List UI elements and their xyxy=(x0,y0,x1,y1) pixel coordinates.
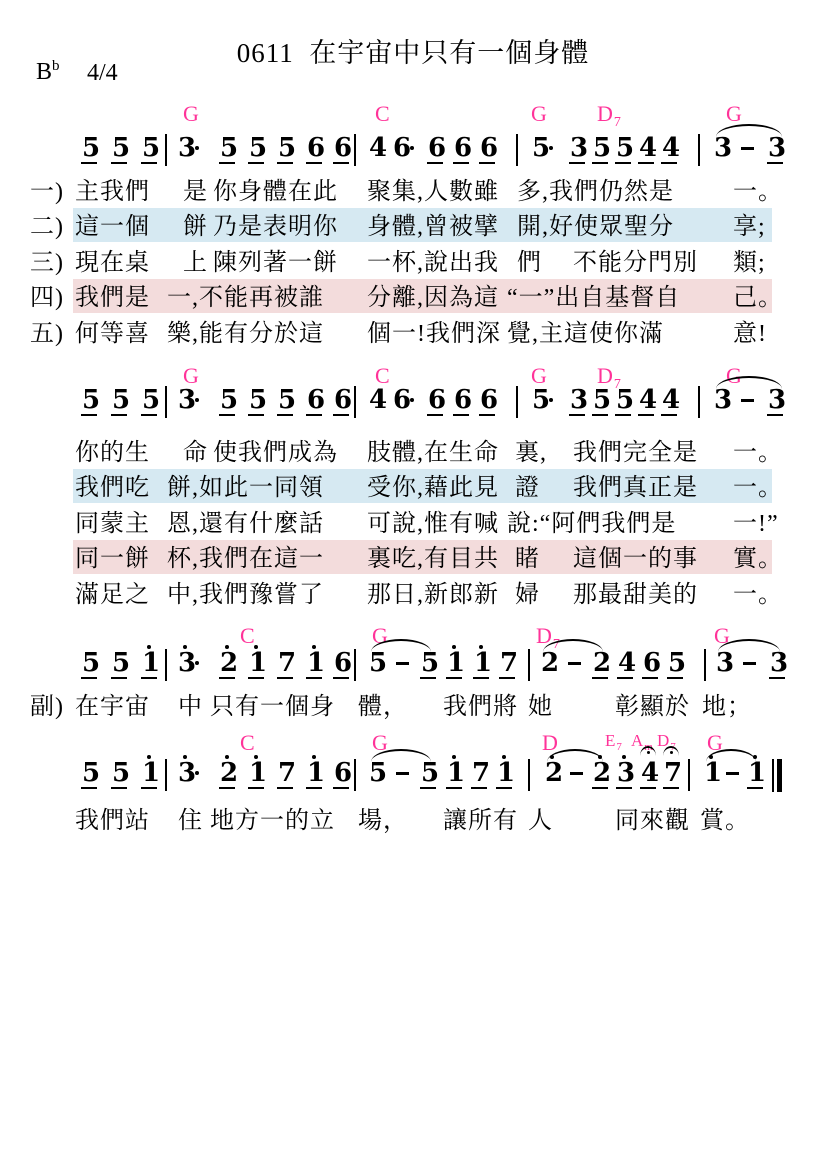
note-digit: 5 xyxy=(112,650,130,676)
measure-barline xyxy=(698,386,700,418)
lyric-segment: 開,好使眾聖分 xyxy=(517,212,674,242)
note-digit: 3 xyxy=(178,650,196,676)
note-digit: 3 xyxy=(570,135,588,161)
note-digit: 3 xyxy=(768,135,786,161)
note-digit: 5 xyxy=(616,387,634,413)
octave-dot xyxy=(312,645,316,649)
eighth-underline xyxy=(141,677,157,679)
chord-label: G xyxy=(531,365,547,387)
lyric-segment: 裏, xyxy=(515,438,547,468)
note-digit: 5 xyxy=(82,387,100,413)
note-digit: 3 xyxy=(770,650,788,676)
sustain-dash xyxy=(396,662,409,665)
lyric-segment: 同蒙主 xyxy=(75,509,150,539)
lyric-segment: 一,不能再被誰 xyxy=(167,283,324,313)
note-digit: 5 xyxy=(112,135,130,161)
note-digit: 2 xyxy=(220,760,238,786)
lyric-segment: 你的生 xyxy=(75,438,150,468)
note-digit: 3 xyxy=(714,387,732,413)
note-digit: 3 xyxy=(714,135,732,161)
lyric-segment: 聚集,人數雖 xyxy=(367,177,499,207)
note-digit: 3 xyxy=(178,760,196,786)
octave-dot xyxy=(147,645,151,649)
chord-subscript: 7 xyxy=(614,115,621,130)
eighth-underline xyxy=(427,162,443,164)
lyric-segment: 樂,能有分於這 xyxy=(167,319,324,349)
eighth-underline xyxy=(769,677,785,679)
note-digit: 7 xyxy=(664,760,682,786)
octave-dot xyxy=(183,755,187,759)
note-digit: 1 xyxy=(142,650,160,676)
note-digit: 6 xyxy=(480,135,498,161)
lyric-segment: 我們完全是 xyxy=(573,438,698,468)
lyric-segment: 杯,我們在這一 xyxy=(167,544,324,574)
note-digit: 5 xyxy=(220,135,238,161)
chord-label: D xyxy=(542,732,558,754)
eighth-underline xyxy=(642,677,658,679)
verse-label: 二) xyxy=(30,212,64,242)
note-digit: 5 xyxy=(220,387,238,413)
eighth-underline xyxy=(569,414,585,416)
note-digit: 4 xyxy=(369,387,387,413)
octave-dot xyxy=(312,755,316,759)
chord-label: C xyxy=(240,732,255,754)
lyric-segment: 說:“阿們我們是 xyxy=(507,509,676,539)
fermata-dot xyxy=(670,751,673,754)
note-digit: 1 xyxy=(497,760,515,786)
eighth-underline xyxy=(767,162,783,164)
eighth-underline xyxy=(306,787,322,789)
note-digit: 6 xyxy=(334,650,352,676)
note-digit: 7 xyxy=(278,760,296,786)
chord-label: C xyxy=(375,103,390,125)
fermata-dot xyxy=(647,751,650,754)
song-title: 0611 在宇宙中只有一個身體 xyxy=(0,31,826,70)
measure-barline xyxy=(165,649,167,681)
lyric-segment: 是 xyxy=(183,177,208,207)
verse-label: 五) xyxy=(30,319,64,349)
chord-label: E7 xyxy=(605,732,621,749)
note-digit: 2 xyxy=(593,760,611,786)
eighth-underline xyxy=(479,414,495,416)
lyric-segment: 住 xyxy=(178,806,203,836)
measure-barline xyxy=(528,649,530,681)
eighth-underline xyxy=(248,414,264,416)
eighth-underline xyxy=(111,162,127,164)
eighth-underline xyxy=(333,414,349,416)
lyric-segment: 乃是表明你 xyxy=(213,212,338,242)
lyric-segment: 在宇宙 xyxy=(75,692,150,722)
note-digit: 1 xyxy=(447,650,465,676)
note-digit: 5 xyxy=(82,650,100,676)
eighth-underline xyxy=(306,677,322,679)
chord-root: C xyxy=(375,101,390,126)
lyric-segment: 一。 xyxy=(733,177,783,207)
lyric-segment: 身體,曾被擘 xyxy=(367,212,499,242)
chord-subscript: 7 xyxy=(616,741,622,753)
eighth-underline xyxy=(219,414,235,416)
eighth-underline xyxy=(453,162,469,164)
final-barline xyxy=(777,759,782,792)
measure-barline xyxy=(354,649,356,681)
sustain-dash xyxy=(570,772,583,775)
lyric-segment: 我們吃 xyxy=(75,473,150,503)
lyric-segment: 中 xyxy=(178,692,203,722)
lyric-segment: 讓所有 xyxy=(443,806,518,836)
sustain-dash xyxy=(726,772,739,775)
lyric-segment: 那最甜美的 xyxy=(573,580,698,610)
eighth-underline xyxy=(661,414,677,416)
lyric-segment: 她 xyxy=(528,692,553,722)
note-digit: 5 xyxy=(421,650,439,676)
sheet-page: 0611 在宇宙中只有一個身體 Bb 4/4 GCGD7G55535556646… xyxy=(0,0,826,1169)
lyric-segment: 地方一的立 xyxy=(210,806,335,836)
measure-barline xyxy=(516,134,518,166)
eighth-underline xyxy=(306,414,322,416)
lyric-segment: 這個一的事 xyxy=(573,544,698,574)
octave-dot xyxy=(254,645,258,649)
chord-label: G xyxy=(183,103,199,125)
lyric-segment: 命 xyxy=(183,438,208,468)
chord-label: G xyxy=(531,103,547,125)
octave-dot xyxy=(622,755,626,759)
measure-barline xyxy=(688,759,690,791)
lyric-segment: 彰顯於 xyxy=(615,692,690,722)
note-digit: 6 xyxy=(334,760,352,786)
eighth-underline xyxy=(248,162,264,164)
lyric-segment: 一!” xyxy=(733,509,779,539)
eighth-underline xyxy=(141,787,157,789)
sustain-dash xyxy=(568,662,581,665)
measure-barline xyxy=(516,386,518,418)
octave-dot xyxy=(147,755,151,759)
note-digit: 3 xyxy=(716,650,734,676)
eighth-underline xyxy=(111,677,127,679)
note-digit: 3 xyxy=(178,135,196,161)
key-signature: Bb xyxy=(36,58,60,86)
eighth-underline xyxy=(333,162,349,164)
eighth-underline xyxy=(615,162,631,164)
eighth-underline xyxy=(420,787,436,789)
measure-barline xyxy=(354,759,356,791)
sustain-dash xyxy=(741,399,754,402)
note-digit: 2 xyxy=(220,650,238,676)
note-digit: 4 xyxy=(639,387,657,413)
note-digit: 6 xyxy=(454,387,472,413)
eighth-underline xyxy=(111,787,127,789)
lyric-segment: 覺,主這使你滿 xyxy=(507,319,664,349)
eighth-underline xyxy=(499,677,515,679)
eighth-underline xyxy=(81,787,97,789)
note-digit: 6 xyxy=(428,387,446,413)
note-digit: 7 xyxy=(278,650,296,676)
octave-dot xyxy=(225,645,229,649)
eighth-underline xyxy=(81,414,97,416)
eighth-underline xyxy=(661,162,677,164)
measure-barline xyxy=(354,386,356,418)
measure-barline xyxy=(165,759,167,791)
lyric-segment: 滿足之 xyxy=(75,580,150,610)
lyric-segment: 多,我們仍然是 xyxy=(517,177,674,207)
time-signature: 4/4 xyxy=(87,60,118,87)
octave-dot xyxy=(502,755,506,759)
eighth-underline xyxy=(638,414,654,416)
sustain-dash xyxy=(743,662,756,665)
lyric-segment: 一。 xyxy=(733,438,783,468)
eighth-underline xyxy=(248,787,264,789)
measure-barline xyxy=(698,134,700,166)
eighth-underline xyxy=(747,787,763,789)
eighth-underline xyxy=(446,787,462,789)
note-digit: 5 xyxy=(369,760,387,786)
note-digit: 5 xyxy=(112,387,130,413)
eighth-underline xyxy=(333,677,349,679)
chord-label: C xyxy=(240,625,255,647)
lyric-segment: 個一!我們深 xyxy=(367,319,501,349)
note-digit: 5 xyxy=(668,650,686,676)
lyric-segment: 餅 xyxy=(183,212,208,242)
note-digit: 2 xyxy=(545,760,563,786)
chord-root: G xyxy=(531,101,547,126)
note-digit: 1 xyxy=(249,760,267,786)
note-digit: 6 xyxy=(307,135,325,161)
lyric-segment: 同來觀 xyxy=(615,806,690,836)
lyric-segment: 證 xyxy=(515,473,540,503)
verse-label: 一) xyxy=(30,177,64,207)
eighth-underline xyxy=(306,162,322,164)
eighth-underline xyxy=(638,162,654,164)
chord-label: C xyxy=(375,365,390,387)
lyric-segment: 使我們成為 xyxy=(213,438,338,468)
eighth-underline xyxy=(592,162,608,164)
note-digit: 1 xyxy=(249,650,267,676)
octave-dot xyxy=(479,645,483,649)
eighth-underline xyxy=(663,787,679,789)
eighth-underline xyxy=(615,414,631,416)
duration-dot xyxy=(195,398,199,402)
eighth-underline xyxy=(277,414,293,416)
lyric-segment: 意! xyxy=(733,319,767,349)
note-digit: 4 xyxy=(662,387,680,413)
duration-dot xyxy=(549,146,553,150)
lyric-segment: 你身體在此 xyxy=(213,177,338,207)
note-digit: 1 xyxy=(748,760,766,786)
note-digit: 3 xyxy=(178,387,196,413)
octave-dot xyxy=(225,755,229,759)
verse-label: 副) xyxy=(30,692,64,722)
lyric-segment: 肢體,在生命 xyxy=(367,438,499,468)
note-digit: 5 xyxy=(369,650,387,676)
eighth-underline xyxy=(248,677,264,679)
lyric-segment: 中,我們豫嘗了 xyxy=(167,580,324,610)
eighth-underline xyxy=(446,677,462,679)
note-digit: 5 xyxy=(532,135,550,161)
chord-root: D xyxy=(597,101,613,126)
lyric-segment: 體， xyxy=(358,692,408,722)
note-digit: 4 xyxy=(369,135,387,161)
eighth-underline xyxy=(640,787,656,789)
note-digit: 5 xyxy=(142,387,160,413)
note-digit: 5 xyxy=(142,135,160,161)
lyric-segment: 場， xyxy=(358,806,408,836)
flat-accidental-icon: b xyxy=(52,58,60,74)
octave-dot xyxy=(452,755,456,759)
note-digit: 6 xyxy=(428,135,446,161)
eighth-underline xyxy=(141,414,157,416)
lyric-segment: 我們站 xyxy=(75,806,150,836)
duration-dot xyxy=(410,146,414,150)
lyric-segment: 主我們 xyxy=(75,177,150,207)
eighth-underline xyxy=(81,162,97,164)
eighth-underline xyxy=(277,787,293,789)
note-digit: 5 xyxy=(82,135,100,161)
duration-dot xyxy=(195,661,199,665)
note-digit: 6 xyxy=(643,650,661,676)
note-digit: 5 xyxy=(278,135,296,161)
note-digit: 1 xyxy=(447,760,465,786)
lyric-segment: 我們將 xyxy=(443,692,518,722)
note-digit: 6 xyxy=(480,387,498,413)
note-digit: 1 xyxy=(142,760,160,786)
lyric-segment: 不能分門別 xyxy=(573,248,698,278)
duration-dot xyxy=(549,398,553,402)
eighth-underline xyxy=(767,414,783,416)
lyric-segment: 這一個 xyxy=(75,212,150,242)
eighth-underline xyxy=(592,787,608,789)
eighth-underline xyxy=(427,414,443,416)
lyric-segment: 享; xyxy=(733,212,766,242)
chord-root: A xyxy=(631,731,643,750)
lyric-segment: 何等喜 xyxy=(75,319,150,349)
lyric-segment: 上 xyxy=(183,248,208,278)
lyric-segment: 睹 xyxy=(515,544,540,574)
note-digit: 4 xyxy=(639,135,657,161)
duration-dot xyxy=(195,771,199,775)
note-digit: 2 xyxy=(541,650,559,676)
note-digit: 5 xyxy=(249,135,267,161)
verse-label: 四) xyxy=(30,283,64,313)
eighth-underline xyxy=(420,677,436,679)
lyric-segment: 同一餅 xyxy=(75,544,150,574)
key-root: B xyxy=(36,59,52,85)
lyric-segment: 受你,藉此見 xyxy=(367,473,499,503)
lyric-segment: 們 xyxy=(517,248,542,278)
chord-label: G xyxy=(183,365,199,387)
note-digit: 4 xyxy=(641,760,659,786)
sustain-dash xyxy=(396,772,409,775)
note-digit: 5 xyxy=(112,760,130,786)
note-digit: 2 xyxy=(593,650,611,676)
note-digit: 6 xyxy=(393,135,411,161)
lyric-segment: 裏吃,有目共 xyxy=(367,544,499,574)
eighth-underline xyxy=(333,787,349,789)
lyric-segment: 類; xyxy=(733,248,766,278)
note-digit: 6 xyxy=(393,387,411,413)
lyric-segment: 婦 xyxy=(515,580,540,610)
note-digit: 3 xyxy=(768,387,786,413)
octave-dot xyxy=(254,755,258,759)
note-digit: 5 xyxy=(616,135,634,161)
note-digit: 1 xyxy=(307,760,325,786)
eighth-underline xyxy=(141,162,157,164)
eighth-underline xyxy=(616,787,632,789)
eighth-underline xyxy=(667,677,683,679)
lyric-segment: 只有一個身 xyxy=(210,692,335,722)
note-digit: 1 xyxy=(307,650,325,676)
lyric-segment: 一杯,說出我 xyxy=(367,248,499,278)
note-digit: 5 xyxy=(532,387,550,413)
note-digit: 5 xyxy=(82,760,100,786)
note-digit: 5 xyxy=(593,135,611,161)
lyric-segment: “一”出自基督自 xyxy=(507,283,680,313)
eighth-underline xyxy=(277,162,293,164)
measure-barline xyxy=(354,134,356,166)
chord-label: G xyxy=(726,103,742,125)
eighth-underline xyxy=(219,162,235,164)
note-digit: 5 xyxy=(278,387,296,413)
eighth-underline xyxy=(219,787,235,789)
lyric-segment: 可說,惟有喊 xyxy=(367,509,499,539)
lyric-segment: 地； xyxy=(702,692,752,722)
note-digit: 7 xyxy=(472,760,490,786)
chord-root: G xyxy=(726,101,742,126)
lyric-segment: 陳列著一餅 xyxy=(213,248,338,278)
note-digit: 1 xyxy=(474,650,492,676)
chord-root: E xyxy=(605,731,615,750)
verse-label: 三) xyxy=(30,248,64,278)
note-digit: 6 xyxy=(307,387,325,413)
lyric-segment: 一。 xyxy=(733,473,783,503)
chord-label: D7 xyxy=(597,365,620,387)
note-digit: 5 xyxy=(421,760,439,786)
octave-dot xyxy=(452,645,456,649)
note-digit: 4 xyxy=(662,135,680,161)
lyric-segment: 己。 xyxy=(733,283,783,313)
note-digit: 1 xyxy=(704,760,722,786)
sustain-dash xyxy=(741,147,754,150)
lyric-segment: 那日,新郎新 xyxy=(367,580,499,610)
eighth-underline xyxy=(496,787,512,789)
lyric-segment: 我們是 xyxy=(75,283,150,313)
eighth-underline xyxy=(479,162,495,164)
note-digit: 6 xyxy=(454,135,472,161)
note-digit: 7 xyxy=(500,650,518,676)
lyric-segment: 現在桌 xyxy=(75,248,150,278)
note-digit: 3 xyxy=(570,387,588,413)
lyric-segment: 我們真正是 xyxy=(573,473,698,503)
eighth-underline xyxy=(81,677,97,679)
eighth-underline xyxy=(277,677,293,679)
eighth-underline xyxy=(473,677,489,679)
measure-barline xyxy=(165,386,167,418)
lyric-segment: 賞。 xyxy=(700,806,750,836)
final-barline xyxy=(772,759,774,792)
eighth-underline xyxy=(219,677,235,679)
lyric-segment: 實。 xyxy=(733,544,783,574)
measure-barline xyxy=(165,134,167,166)
eighth-underline xyxy=(592,677,608,679)
eighth-underline xyxy=(592,414,608,416)
chord-root: C xyxy=(240,730,255,755)
eighth-underline xyxy=(453,414,469,416)
duration-dot xyxy=(410,398,414,402)
lyric-segment: 恩,還有什麼話 xyxy=(167,509,324,539)
chord-label: D7 xyxy=(597,103,620,125)
measure-barline xyxy=(704,649,706,681)
note-digit: 5 xyxy=(593,387,611,413)
lyric-segment: 餅,如此一同領 xyxy=(167,473,324,503)
measure-barline xyxy=(528,759,530,791)
